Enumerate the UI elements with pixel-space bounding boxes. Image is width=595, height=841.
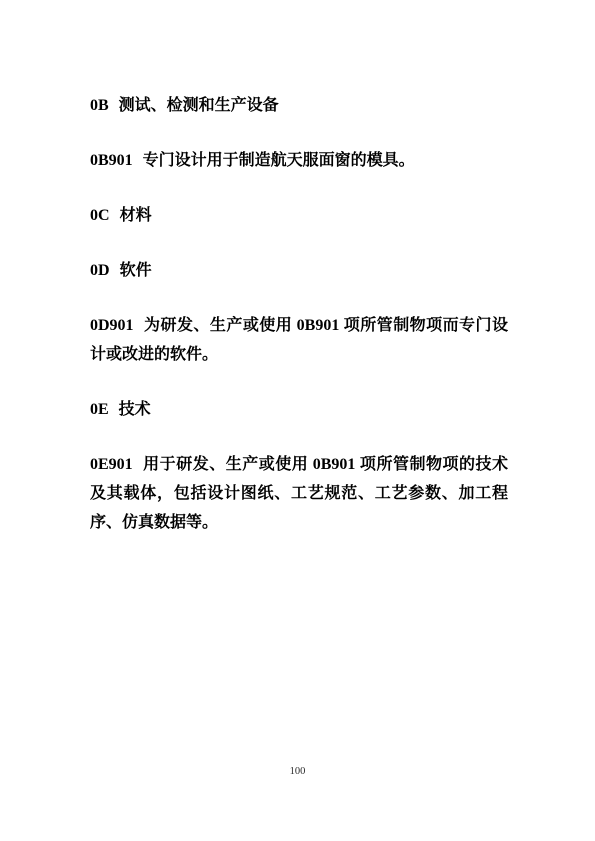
category-code: 0E	[90, 401, 109, 418]
category-title: 技术	[119, 401, 151, 418]
category-heading-0b: 0B测试、检测和生产设备	[90, 91, 508, 120]
category-code: 0C	[90, 207, 110, 224]
category-heading-0e: 0E技术	[90, 395, 508, 424]
category-code: 0B	[90, 97, 109, 114]
category-title: 软件	[120, 262, 152, 279]
entry-text: 为研发、生产或使用 0B901 项所管制物项而专门设计或改进的软件。	[90, 317, 508, 363]
control-entry-0b901: 0B901专门设计用于制造航天服面窗的模具。	[90, 146, 508, 175]
entry-code: 0E901	[90, 456, 133, 473]
document-page: 0B测试、检测和生产设备 0B901专门设计用于制造航天服面窗的模具。 0C材料…	[0, 0, 595, 841]
entry-code: 0B901	[90, 152, 133, 169]
entry-text: 用于研发、生产或使用 0B901 项所管制物项的技术及其载体，包括设计图纸、工艺…	[90, 456, 508, 531]
category-title: 测试、检测和生产设备	[119, 97, 279, 114]
entry-text: 专门设计用于制造航天服面窗的模具。	[143, 152, 415, 169]
category-title: 材料	[120, 207, 152, 224]
control-entry-0d901: 0D901为研发、生产或使用 0B901 项所管制物项而专门设计或改进的软件。	[90, 311, 508, 369]
control-entry-0e901: 0E901用于研发、生产或使用 0B901 项所管制物项的技术及其载体，包括设计…	[90, 450, 508, 537]
document-body: 0B测试、检测和生产设备 0B901专门设计用于制造航天服面窗的模具。 0C材料…	[90, 91, 508, 563]
category-code: 0D	[90, 262, 110, 279]
page-number: 100	[0, 766, 595, 778]
category-heading-0c: 0C材料	[90, 201, 508, 230]
entry-code: 0D901	[90, 317, 134, 334]
category-heading-0d: 0D软件	[90, 256, 508, 285]
